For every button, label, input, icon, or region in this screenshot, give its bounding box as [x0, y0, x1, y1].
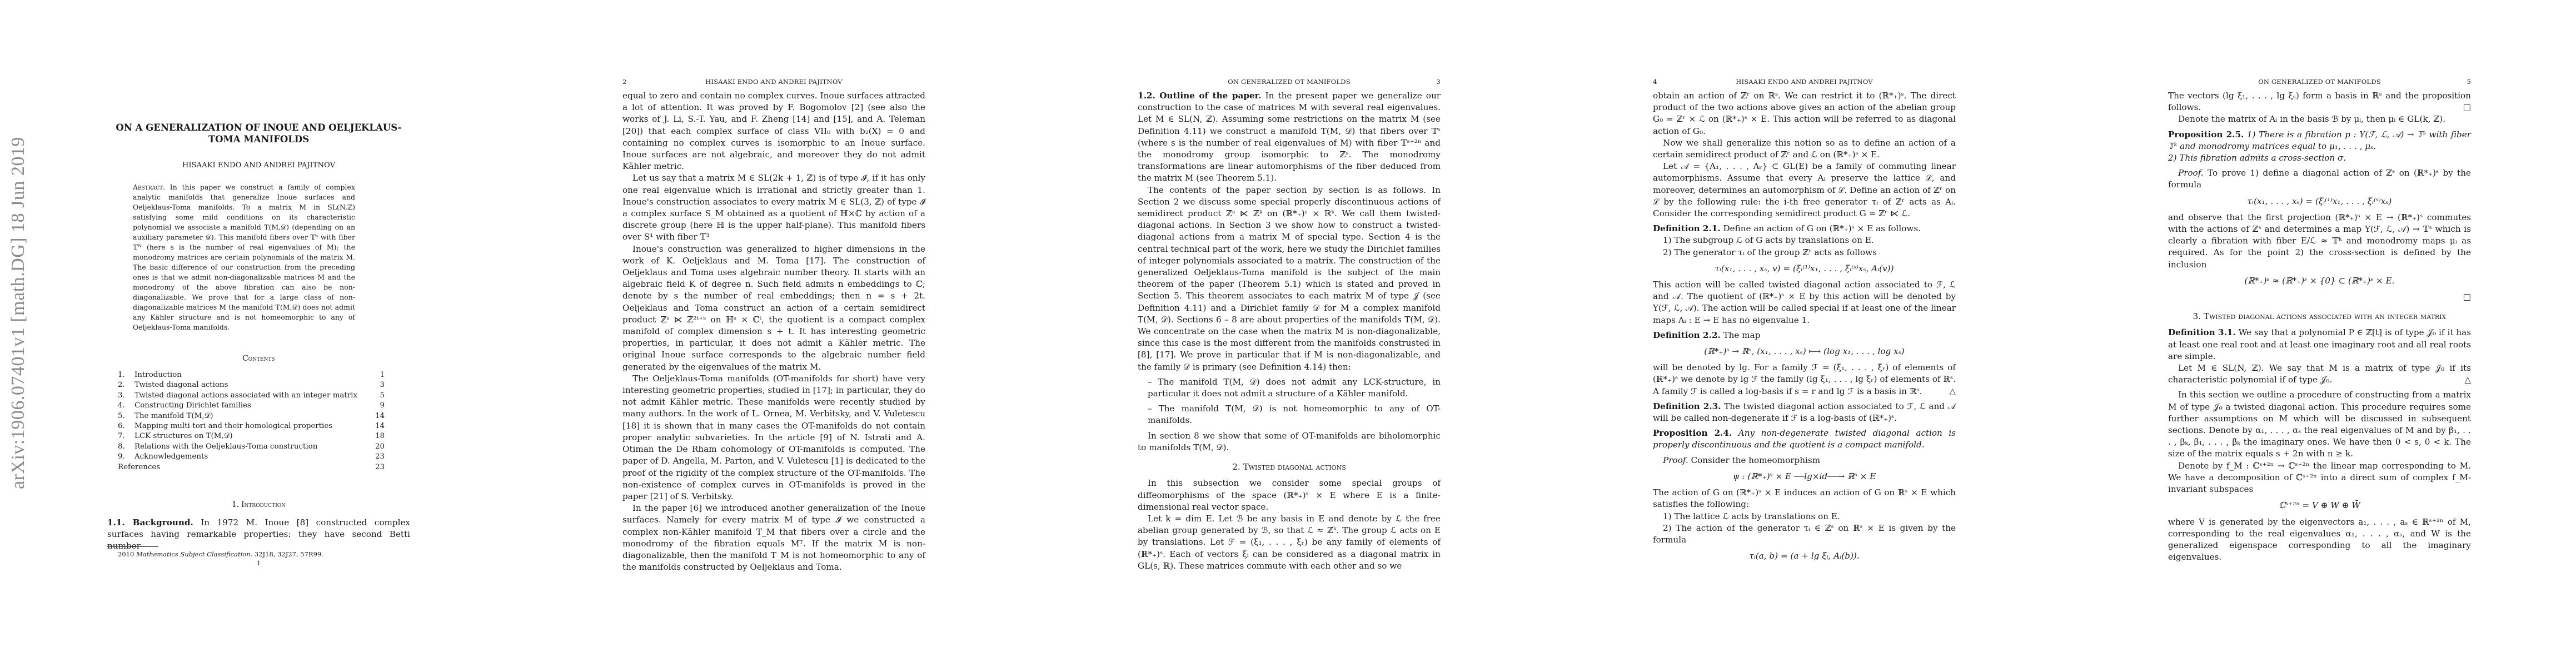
toc-entry[interactable]: 7.LCK structures on T(M,𝒟)18: [118, 431, 385, 441]
footnote-codes: 32J18, 32J27, 57R99.: [255, 550, 323, 558]
toc-num: 3.: [118, 391, 134, 401]
toc-label: Mapping multi-tori and their homological…: [134, 421, 370, 431]
toc-entry[interactable]: 3.Twisted diagonal actions associated wi…: [118, 391, 385, 401]
paragraph: In the paper [6] we introduced another g…: [622, 502, 925, 573]
toc-entry[interactable]: 4.Constructing Dirichlet families9: [118, 401, 385, 411]
page-3: ON GENERALIZED OT MANIFOLDS 3 1.2. Outli…: [1030, 0, 1546, 667]
toc-label: The manifold T(M,𝒟): [134, 411, 370, 421]
list-item: 2) The action of the generator τᵢ ∈ ℤˢ o…: [1653, 522, 1956, 546]
paragraph: will be denoted by lg. For a family ℱ = …: [1653, 362, 1956, 396]
footnote-rule: [107, 546, 158, 547]
paragraph: This action will be called twisted diago…: [1653, 279, 1956, 326]
toc-page: 14: [370, 421, 385, 431]
body-text: 1.2. Outline of the paper. In the presen…: [1138, 90, 1441, 572]
toc-num: 4.: [118, 401, 134, 411]
paragraph: equal to zero and contain no complex cur…: [622, 90, 925, 172]
page-number: 2: [622, 78, 627, 86]
body-text: equal to zero and contain no complex cur…: [622, 90, 925, 573]
abstract: Abstract. In this paper we construct a f…: [133, 182, 355, 332]
footnote-label: Mathematics Subject Classification.: [136, 550, 252, 558]
contents-heading: Contents: [107, 354, 410, 363]
page-5: ON GENERALIZED OT MANIFOLDS 5 The vector…: [2061, 0, 2576, 667]
body-text: The vectors (lg ξ₁, . . . , lg ξₛ) form …: [2168, 90, 2471, 563]
toc-page: 23: [370, 462, 385, 472]
outline-label: 1.2. Outline of the paper.: [1138, 91, 1262, 101]
end-of-definition-icon: △: [2454, 374, 2471, 386]
page-1: arXiv:1906.07401v1 [math.DG] 18 Jun 2019…: [0, 0, 515, 667]
running-head-text: HISAAKI ENDO AND ANDREI PAJITNOV: [1736, 78, 1873, 86]
toc-label: Acknowledgements: [134, 452, 370, 462]
toc-num: 1.: [118, 370, 134, 380]
running-head: ON GENERALIZED OT MANIFOLDS 3: [1138, 78, 1441, 86]
toc-num: 7.: [118, 431, 134, 441]
toc-num: 2.: [118, 380, 134, 390]
page-number: 5: [2467, 78, 2471, 86]
toc-entry[interactable]: 2.Twisted diagonal actions3: [118, 380, 385, 390]
definition-label: Definition 2.2.: [1653, 330, 1721, 340]
proof-label: Proof.: [1663, 455, 1688, 465]
proof-text: To prove 1) define a diagonal action of …: [2168, 168, 2471, 190]
paper-title: ON A GENERALIZATION OF INOUE AND OELJEKL…: [107, 122, 410, 145]
list-item: 1) The subgroup ℒ of G acts by translati…: [1653, 235, 1956, 246]
section-heading: 1. Introduction: [107, 500, 410, 509]
toc-page: 23: [370, 452, 385, 462]
paragraph: Let k = dim E. Let ℬ be any basis in E a…: [1138, 513, 1441, 572]
toc-page: 18: [370, 431, 385, 441]
paragraph: The Oeljeklaus-Toma manifolds (OT-manifo…: [622, 373, 925, 502]
display-formula: ψ : (ℝ*₊)ˢ × E ──lg×id──→ ℝˢ × E: [1653, 471, 1956, 482]
toc-page: 1: [370, 370, 385, 380]
list-item: 2) The generator τᵢ of the group ℤʳ acts…: [1653, 247, 1956, 258]
section-heading: 2. Twisted diagonal actions: [1138, 461, 1441, 473]
toc-entry[interactable]: 6.Mapping multi-tori and their homologic…: [118, 421, 385, 431]
page-number: 4: [1653, 78, 1657, 86]
end-of-definition-icon: △: [1949, 386, 1956, 397]
paragraph: In this subsection we consider some spec…: [1138, 477, 1441, 513]
toc-page: 9: [370, 401, 385, 411]
arxiv-stamp: arXiv:1906.07401v1 [math.DG] 18 Jun 2019: [8, 137, 29, 489]
toc-label: LCK structures on T(M,𝒟): [134, 431, 370, 441]
toc-label: Relations with the Oeljeklaus-Toma const…: [134, 442, 370, 452]
list-item: – The manifold T(M, 𝒟) does not admit an…: [1148, 376, 1441, 400]
toc-label: References: [118, 462, 370, 472]
footnote: 2010 Mathematics Subject Classification.…: [118, 550, 323, 558]
paragraph: obtain an action of ℤʳ on ℝˢ. We can res…: [1653, 90, 1956, 137]
qed-icon: □: [2463, 292, 2471, 302]
display-formula: ℂˢ⁺²ⁿ = V ⊕ W ⊕ W̄: [2168, 500, 2471, 511]
toc-page: 14: [370, 411, 385, 421]
display-formula: (ℝ*₊)ˢ → ℝˢ, (x₁, . . . , xₛ) ⟼ (log x₁,…: [1653, 346, 1956, 357]
proof-label: Proof.: [2178, 168, 2204, 178]
toc-label: Twisted diagonal actions: [134, 380, 370, 390]
paragraph: The contents of the paper section by sec…: [1138, 185, 1441, 373]
toc-label: Constructing Dirichlet families: [134, 401, 370, 411]
paragraph: The vectors (lg ξ₁, . . . , lg ξₛ) form …: [2168, 91, 2471, 112]
list-item: – The manifold T(M, 𝒟) is not homeomorph…: [1148, 403, 1441, 426]
toc-num: 9.: [118, 452, 134, 462]
proposition-label: Proposition 2.4.: [1653, 428, 1732, 438]
paragraph: Let 𝒜 = {A₁, . . . , Aᵣ} ⊂ GL(E) be a fa…: [1653, 161, 1956, 220]
toc-entry[interactable]: 8.Relations with the Oeljeklaus-Toma con…: [118, 442, 385, 452]
running-head: 4 HISAAKI ENDO AND ANDREI PAJITNOV: [1653, 78, 1956, 86]
page-number: 3: [1436, 78, 1441, 86]
toc-page: 3: [370, 380, 385, 390]
definition-label: Definition 2.1.: [1653, 223, 1721, 233]
background-label: 1.1. Background.: [107, 517, 193, 527]
paragraph: Now we shall generalize this notion so a…: [1653, 137, 1956, 161]
toc-num: 8.: [118, 442, 134, 452]
toc-num: 5.: [118, 411, 134, 421]
page-number: 1: [107, 559, 410, 567]
toc-entry[interactable]: 5.The manifold T(M,𝒟)14: [118, 411, 385, 421]
toc-entry[interactable]: 1.Introduction1: [118, 370, 385, 380]
page-2: 2 HISAAKI ENDO AND ANDREI PAJITNOV equal…: [515, 0, 1030, 667]
display-formula: τᵢ(a, b) = (a + lg ξᵢ, Aᵢ(b)).: [1653, 550, 1956, 562]
list-item: 1) The lattice ℒ acts by translations on…: [1653, 511, 1956, 522]
paragraph: Let us say that a matrix M ∈ SL(2k + 1, …: [622, 172, 925, 243]
display-formula: τᵢ(x₁, . . . , xₛ) = (ξᵢ⁽¹⁾x₁, . . . , ξ…: [2168, 196, 2471, 207]
running-head-text: HISAAKI ENDO AND ANDREI PAJITNOV: [705, 78, 843, 86]
running-head-text: ON GENERALIZED OT MANIFOLDS: [1228, 78, 1351, 86]
proposition-item: 2) This fibration admits a cross-section…: [2168, 152, 2471, 164]
paragraph: and observe that the first projection (ℝ…: [2168, 212, 2471, 271]
proof-text: Consider the homeomorphism: [1691, 455, 1821, 465]
toc-num: 6.: [118, 421, 134, 431]
toc-label: Twisted diagonal actions associated with…: [134, 391, 370, 401]
abstract-label: Abstract.: [133, 183, 165, 191]
paragraph: The action of G on (ℝ*₊)ˢ × E induces an…: [1653, 487, 1956, 510]
proposition-label: Proposition 2.5.: [2168, 130, 2244, 140]
toc-entry[interactable]: 9.Acknowledgements23: [118, 452, 385, 462]
running-head-text: ON GENERALIZED OT MANIFOLDS: [2258, 78, 2381, 86]
paragraph: Inoue's construction was generalized to …: [622, 243, 925, 373]
display-formula: τᵢ(x₁, . . . , xₛ, v) = (ξᵢ⁽¹⁾x₁, . . . …: [1653, 263, 1956, 275]
paragraph: Denote the matrix of Aᵢ in the basis ℬ b…: [2168, 113, 2471, 125]
definition-label: Definition 2.3.: [1653, 401, 1721, 411]
running-head: 2 HISAAKI ENDO AND ANDREI PAJITNOV: [622, 78, 925, 86]
paragraph: where V is generated by the eigenvectors…: [2168, 516, 2471, 564]
abstract-text: In this paper we construct a family of c…: [133, 183, 355, 331]
toc-entry[interactable]: References23: [118, 462, 385, 472]
outline-text: In the present paper we generalize our c…: [1138, 91, 1441, 183]
paragraph: Denote by f_M : ℂˢ⁺²ⁿ → ℂˢ⁺²ⁿ the linear…: [2168, 460, 2471, 496]
definition-text: Let M ∈ SL(N, ℤ). We say that M is a mat…: [2168, 363, 2471, 385]
toc-page: 20: [370, 442, 385, 452]
definition-text: Define an action of G on (ℝ*₊)ˢ × E as f…: [1723, 223, 1921, 233]
display-formula: (ℝ*₊)ˢ ≈ (ℝ*₊)ˢ × {0} ⊂ (ℝ*₊)ˢ × E.: [2168, 275, 2471, 287]
authors: HISAAKI ENDO AND ANDREI PAJITNOV: [107, 161, 410, 170]
page-4: 4 HISAAKI ENDO AND ANDREI PAJITNOV obtai…: [1546, 0, 2061, 667]
table-of-contents: 1.Introduction1 2.Twisted diagonal actio…: [118, 370, 385, 472]
definition-text: The map: [1723, 330, 1760, 340]
section-heading: 3. Twisted diagonal actions associated w…: [2168, 311, 2471, 322]
paragraph: In section 8 we show that some of OT-man…: [1138, 430, 1441, 454]
body-text: obtain an action of ℤʳ on ℝˢ. We can res…: [1653, 90, 1956, 566]
toc-page: 5: [370, 391, 385, 401]
qed-icon: □: [2463, 102, 2471, 113]
running-head: ON GENERALIZED OT MANIFOLDS 5: [2168, 78, 2471, 86]
footnote-year: 2010: [118, 550, 134, 558]
paragraph: In this section we outline a procedure o…: [2168, 389, 2471, 460]
toc-label: Introduction: [134, 370, 370, 380]
definition-label: Definition 3.1.: [2168, 327, 2236, 337]
